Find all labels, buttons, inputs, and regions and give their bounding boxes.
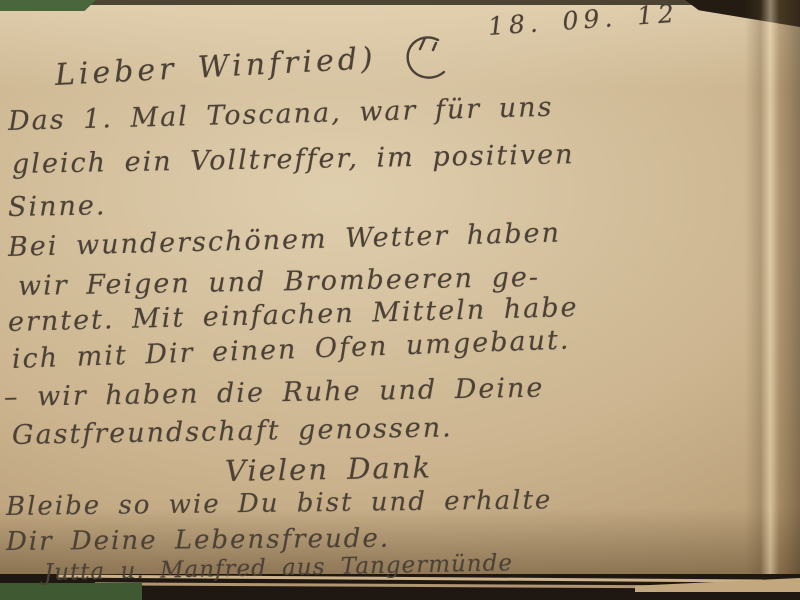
handwritten-line: – wir haben die Ruhe und Deine bbox=[4, 373, 545, 413]
handwritten-line: Dir Deine Lebensfreude. bbox=[6, 524, 390, 557]
handwritten-line: Bei wunderschönem Wetter haben bbox=[8, 218, 562, 263]
handwritten-line: Gastfreundschaft genossen. bbox=[12, 412, 453, 451]
thanks-line: Vielen Dank bbox=[225, 450, 433, 488]
guestbook-photo: 18. 09. 12 Lieber Winfried) Das 1. Mal T… bbox=[0, 0, 800, 600]
smiley-icon bbox=[398, 30, 470, 92]
page-fold-right bbox=[745, 0, 800, 600]
handwritten-line: Sinne. bbox=[8, 190, 107, 223]
book-cover-edge-top-left bbox=[0, 0, 96, 11]
photo-top-edge bbox=[0, 0, 800, 5]
handwritten-line: gleich ein Volltreffer, im positiven bbox=[12, 139, 575, 180]
book-cover-edge-bottom-left bbox=[0, 583, 142, 600]
handwritten-line: Das 1. Mal Toscana, war für uns bbox=[8, 92, 554, 137]
